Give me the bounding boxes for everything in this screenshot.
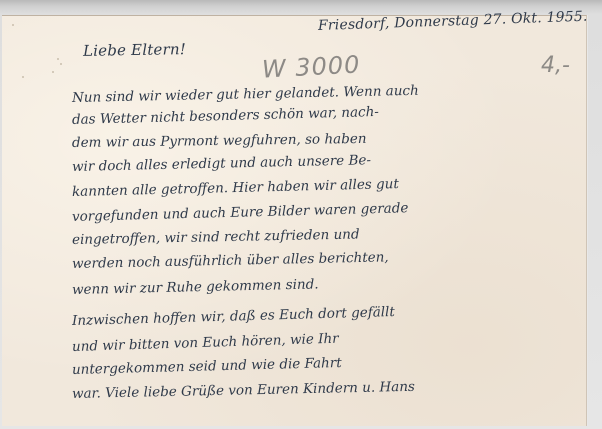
paper-speck [60,63,62,65]
paper-speck [57,58,59,60]
paper-speck [22,76,24,78]
paper-speck [52,71,54,73]
pencil-price-mark: 4,- [541,53,570,78]
paper-speck [12,24,14,26]
salutation: Liebe Eltern! [83,40,186,60]
pencil-catalog-code: W 3000 [261,50,361,83]
